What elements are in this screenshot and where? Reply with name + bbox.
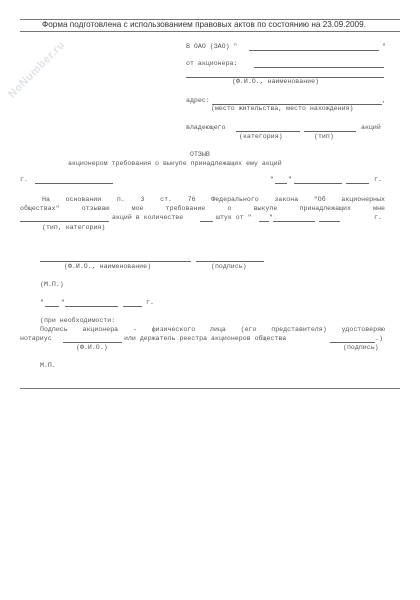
notary-if-needed: (при необходимости:	[40, 317, 115, 324]
body-word: мое	[132, 205, 144, 212]
notary-word: Подпись	[40, 326, 68, 333]
body-word: "Об	[314, 196, 326, 203]
notary-word: физического	[152, 326, 196, 333]
body-word: На	[42, 196, 50, 203]
body-word: основании	[66, 196, 102, 203]
signer-signature-field[interactable]	[196, 261, 264, 262]
body-word: обществах"	[20, 205, 60, 212]
notary-stamp: М.П.	[40, 362, 56, 369]
body-shares-in-quantity: акций в количестве	[112, 214, 183, 221]
type-category-caption: (тип, категория)	[42, 224, 105, 231]
owner-label: владеющего	[186, 124, 226, 131]
date-month-field[interactable]	[294, 183, 342, 184]
body-word: принадлежащих	[299, 205, 350, 212]
body-word: акционерных	[341, 196, 385, 203]
address-comma: ,	[382, 97, 386, 104]
address-caption: (место жительства, место нахождения)	[211, 105, 353, 112]
signature-date-quote-open: "	[40, 299, 44, 306]
date-quote-open: "	[270, 176, 274, 183]
watermark: NoNumber.ru	[6, 39, 68, 101]
body-word: Федерального	[211, 196, 258, 203]
date-quote-close: "	[288, 176, 292, 183]
city-field[interactable]	[35, 183, 113, 184]
category-caption: (категория)	[239, 133, 283, 140]
signature-date-quote-close: "	[61, 299, 65, 306]
date-day-field[interactable]	[275, 183, 287, 184]
notary-word: (его	[241, 326, 257, 333]
body-word: требование	[166, 205, 206, 212]
request-month-field[interactable]	[273, 221, 315, 222]
addressee-to-label: В ОАО (ЗАО) "	[186, 43, 237, 50]
address-label: адрес:	[186, 97, 210, 104]
date-year-field[interactable]	[346, 183, 369, 184]
notary-line-1: Подпись акционера - физического лица (ег…	[40, 326, 385, 333]
document-subtitle: акционером требования о выкупе принадлеж…	[68, 160, 282, 167]
share-quantity-field[interactable]	[200, 221, 213, 222]
body-line-1: На основании п. 3 ст. 76 Федерального за…	[42, 196, 385, 203]
notary-close: .)	[375, 335, 383, 342]
notary-word: акционера	[83, 326, 119, 333]
header-note: Форма подготовлена с использованием прав…	[42, 20, 366, 29]
body-word: отзываю	[82, 205, 110, 212]
body-word: ст.	[160, 196, 172, 203]
body-word: закона	[274, 196, 298, 203]
company-name-field[interactable]	[249, 50, 379, 51]
body-word: о	[227, 205, 231, 212]
notary-or-holder: или держатель реестра акционеров обществ…	[124, 335, 286, 342]
footer-rule	[20, 388, 400, 389]
addressee-to-close: "	[382, 43, 386, 50]
from-shareholder-label: от акционера:	[186, 60, 237, 67]
body-pieces-from: штук от "	[216, 214, 252, 221]
notary-sign-caption: (подпись)	[343, 344, 379, 351]
city-prefix: г.	[20, 176, 28, 183]
shares-word: акций	[361, 124, 381, 131]
body-word: 76	[188, 196, 196, 203]
request-year-field[interactable]	[319, 221, 340, 222]
notary-word: удостоверяю	[341, 326, 385, 333]
registrar-signature-field[interactable]	[330, 342, 375, 343]
type-caption: (тип)	[314, 133, 334, 140]
signer-name-field[interactable]	[40, 261, 191, 262]
share-category-field[interactable]	[236, 131, 300, 132]
body-year-suffix: г.	[374, 214, 382, 221]
body-word: 3	[140, 196, 144, 203]
share-type-category-field[interactable]	[20, 221, 109, 222]
notary-word: -	[133, 326, 137, 333]
body-line-2: обществах" отзываю мое требование о выку…	[20, 205, 385, 212]
signature-year-field[interactable]	[123, 306, 142, 307]
date-year-suffix: г.	[374, 176, 382, 183]
signature-year-suffix: г.	[146, 299, 154, 306]
body-word: мне	[373, 205, 385, 212]
signer-signature-caption: (подпись)	[211, 263, 247, 270]
signature-month-field[interactable]	[65, 306, 118, 307]
header-bottom-rule	[20, 31, 400, 32]
document-title: ОТЗЫВ	[190, 151, 210, 158]
request-day-field[interactable]	[259, 221, 269, 222]
notary-word-label: нотариус	[20, 335, 52, 342]
notary-name-field[interactable]	[63, 342, 122, 343]
notary-fio-caption: (Ф.И.О.)	[76, 344, 108, 351]
shareholder-name-caption: (Ф.И.О., наименование)	[232, 78, 319, 85]
signature-day-field[interactable]	[45, 306, 59, 307]
shareholder-name-field-1[interactable]	[254, 67, 384, 68]
signer-name-caption: (Ф.И.О., наименование)	[64, 263, 151, 270]
share-type-field[interactable]	[304, 131, 356, 132]
notary-word: представителя)	[271, 326, 326, 333]
stamp-placeholder: (М.П.)	[40, 281, 64, 288]
body-quote-close: "	[269, 214, 273, 221]
body-word: выкупе	[254, 205, 278, 212]
body-word: п.	[117, 196, 125, 203]
notary-word: лица	[210, 326, 226, 333]
